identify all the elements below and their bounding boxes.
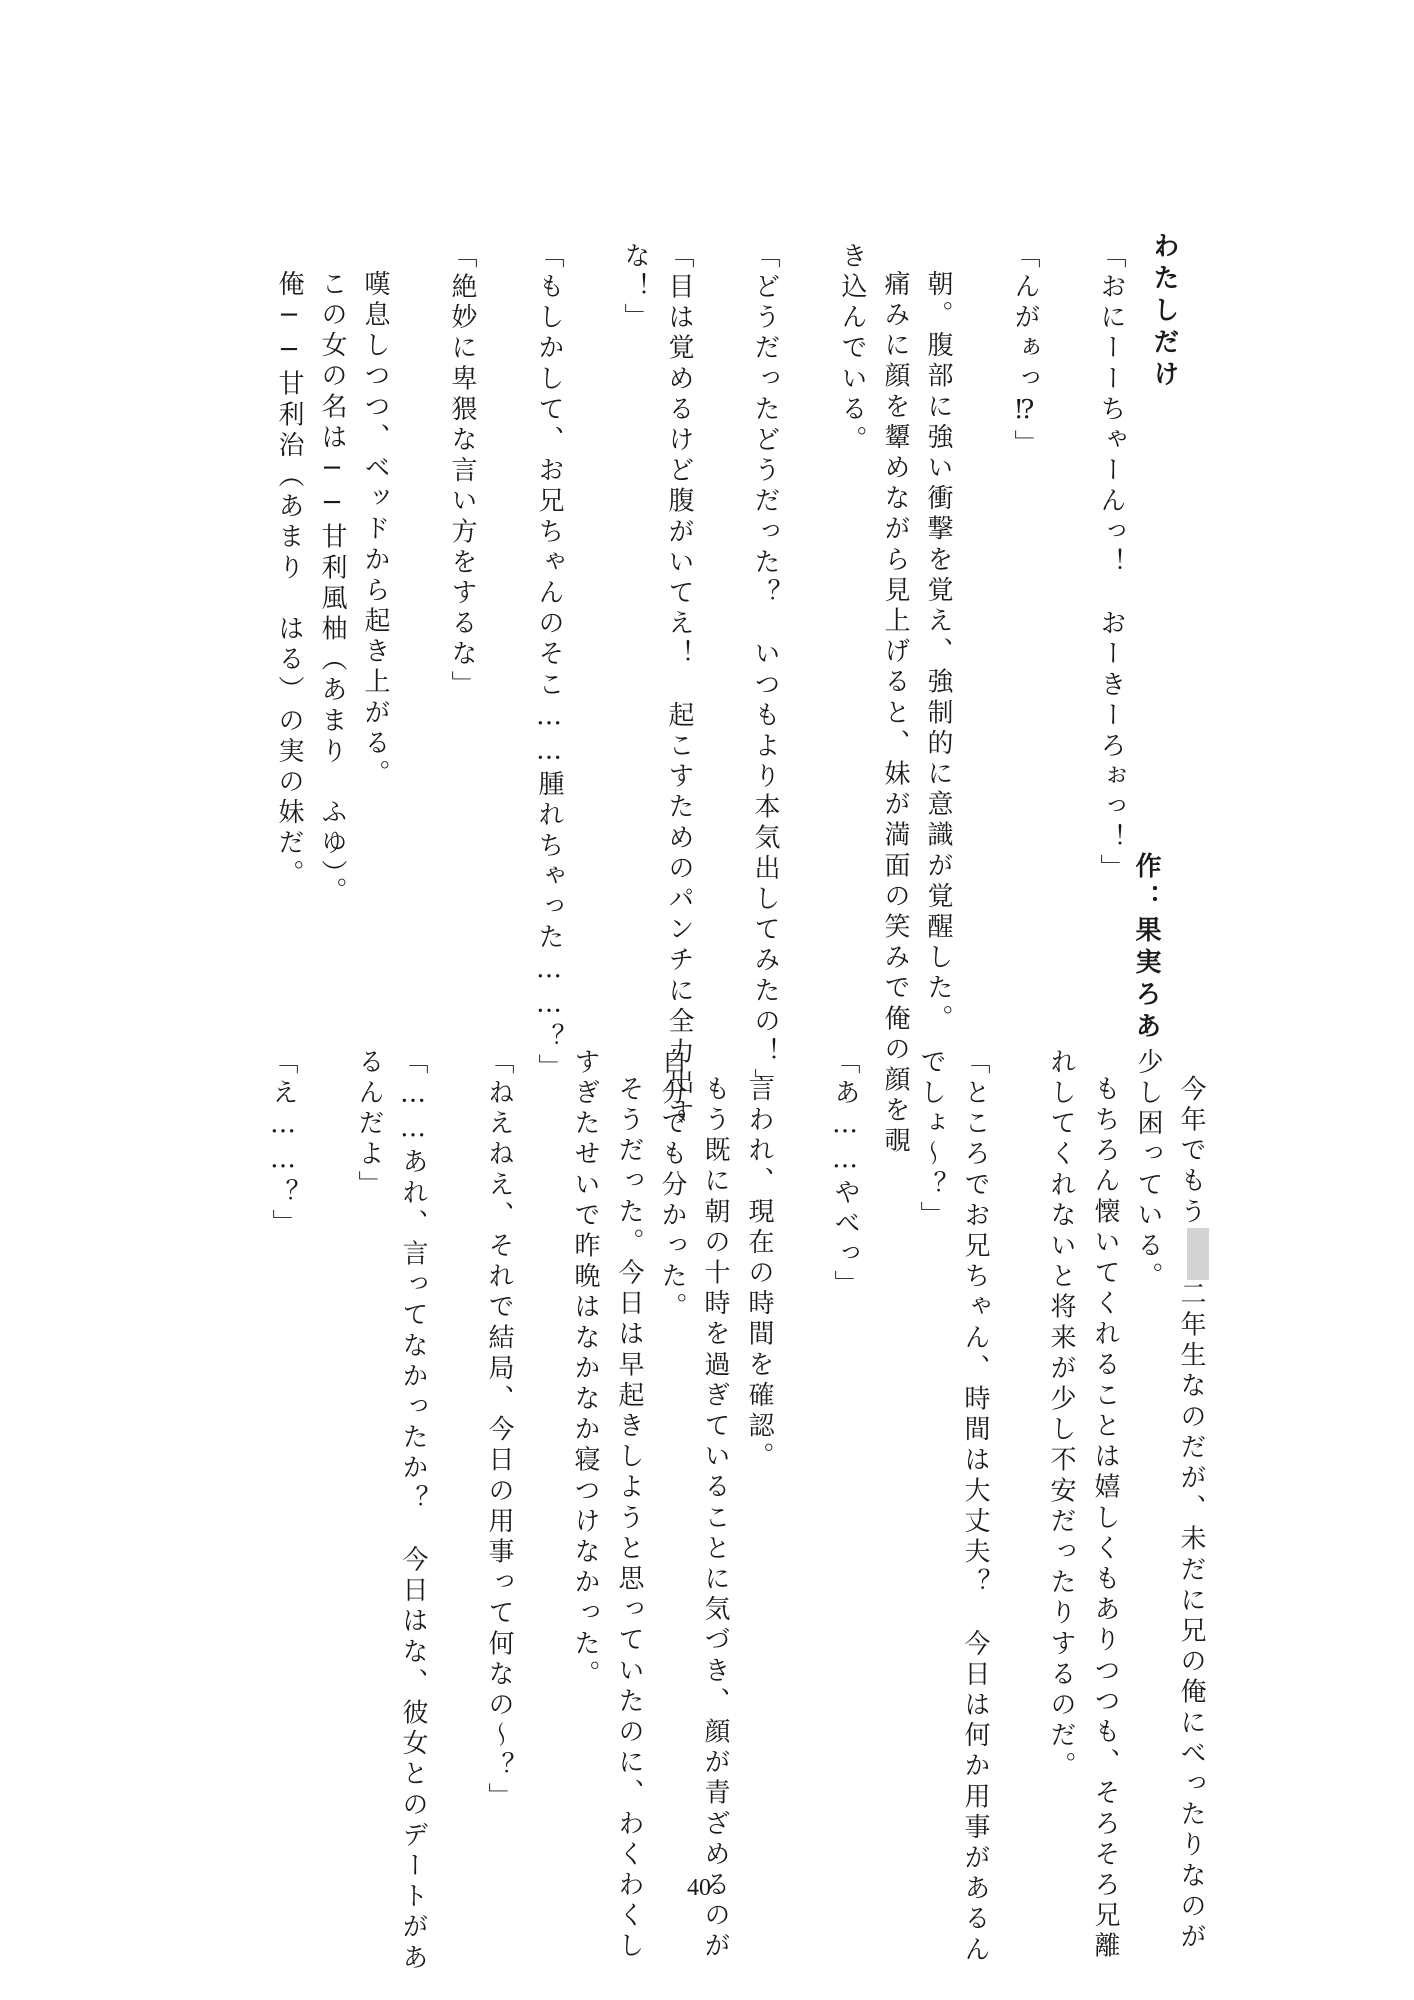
- text-column: 「ねえねえ、それで結局、今日の用事って何なの～？」: [486, 1048, 512, 1813]
- author-credit: 作：果実ろあ: [1128, 852, 1165, 1044]
- text-column: 嘆息しつつ、ベッドから起き上がる。: [362, 270, 388, 790]
- text-column: でしょ～？」: [918, 1048, 944, 1232]
- text-column: 言われ、現在の時間を確認。: [746, 1075, 772, 1473]
- text-column: 「どうだったどうだった？ いつもより本気出してみたの！」: [752, 242, 778, 1099]
- text-column: 「絶妙に卑猥な言い方をするな」: [449, 242, 475, 701]
- page-number: 40: [687, 1875, 711, 1902]
- text-column: 「え……？」: [270, 1048, 296, 1240]
- text-fragment: 二年生なのだが、未だに兄の俺にべったりなのが: [1176, 1280, 1206, 1953]
- text-column: 「ところでお兄ちゃん、時間は大丈夫？ 今日は何か用事があるん: [962, 1048, 988, 1966]
- text-column: もう既に朝の十時を過ぎていることに気づき、顔が青ざめるのが: [702, 1075, 728, 1962]
- text-column: な！」: [622, 242, 648, 334]
- text-column: 自分でも分かった。: [659, 1048, 685, 1323]
- text-column: 「あ……やべっ」: [832, 1048, 858, 1301]
- text-column: この女の名は──甘利風柚（あまり ふゆ）。: [319, 270, 345, 908]
- text-column: すぎたせいで昨晩はなかなか寝つけなかった。: [572, 1048, 598, 1691]
- text-column: 痛みに顔を顰めながら見上げると、妹が満面の笑みで俺の顔を覗: [882, 270, 908, 1157]
- text-column: もちろん懐いてくれることは嬉しくもありつつも、そろそろ兄離: [1092, 1075, 1118, 1962]
- redacted-block: [1187, 1228, 1209, 1280]
- text-column: 「おにーーちゃーんっ！ おーきーろぉっ！」: [1098, 242, 1124, 885]
- text-fragment: 今年でもう: [1176, 1075, 1206, 1228]
- text-column: 朝。腹部に強い衝撃を覚え、強制的に意識が覚醒した。: [925, 270, 951, 1035]
- text-column: 「んがぁっ⁉」: [1012, 242, 1038, 460]
- book-page: わたしだけ 「おにーーちゃーんっ！ おーきーろぉっ！」 「んがぁっ⁉」 朝。腹部…: [0, 0, 1414, 2000]
- text-column: 「目は覚めるけど腹がいてえ！ 起こすためのパンチに全力出す: [666, 242, 692, 1129]
- text-column: そうだった。今日は早起きしようと思っていたのに、わくわくし: [616, 1075, 642, 1962]
- text-column: 「……あれ、言ってなかったか？ 今日はな、彼女とのデートがあ: [400, 1048, 426, 1974]
- text-column: るんだよ」: [356, 1048, 382, 1201]
- text-column: 少し困っている。: [1135, 1048, 1161, 1293]
- text-column: れしてくれないと将来が少し不安だったりするのだ。: [1048, 1048, 1074, 1782]
- text-column: 「もしかして、お兄ちゃんのそこ……腫れちゃった……？」: [536, 242, 562, 1084]
- story-title: わたしだけ: [1146, 232, 1183, 392]
- text-column: 俺──甘利治（あまり はる）の実の妹だ。: [276, 270, 302, 890]
- text-column: 今年でもう二年生なのだが、未だに兄の俺にべったりなのが: [1178, 1075, 1209, 1953]
- text-column: き込んでいる。: [839, 242, 865, 456]
